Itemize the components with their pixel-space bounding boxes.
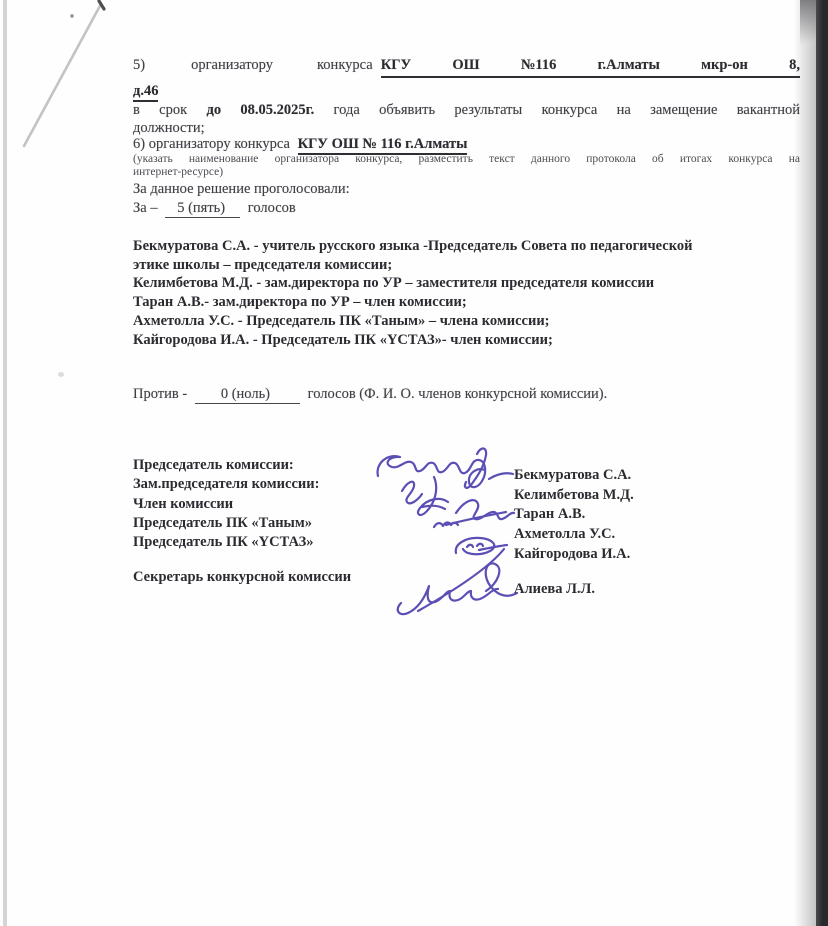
clause6-pre: 6) организатору конкурса [133, 136, 290, 152]
deadline-post: года объявить результаты конкурса на зам… [334, 102, 800, 118]
name-line: Кайгородова И.А. [514, 545, 634, 565]
role-line: Член комиссии [133, 495, 319, 514]
scan-right-shadow [794, 0, 816, 926]
vote-against-pre: Против - [133, 386, 187, 402]
role-line: Председатель ПК «ҮСТАЗ» [133, 533, 319, 552]
venue-word: 8, [789, 57, 800, 75]
name-line: Таран А.В. [514, 505, 634, 525]
name-line: Бекмуратова С.А. [514, 466, 634, 486]
member-line: Ахметолла У.С. - Председатель ПК «Таным»… [133, 312, 808, 331]
clause5-venue-tail-line: д.46 [133, 83, 158, 101]
clause5-word1: организатору [191, 57, 273, 75]
venue-word: №116 [521, 57, 557, 75]
role-line: Председатель ПК «Таным» [133, 514, 319, 533]
vote-against-post: голосов (Ф. И. О. членов конкурсной коми… [308, 386, 608, 402]
vote-for-post: голосов [248, 200, 296, 216]
signature-names-column: Бекмуратова С.А. Келимбетова М.Д. Таран … [514, 466, 634, 565]
name-secretary: Алиева Л.Л. [514, 581, 595, 598]
scan-corner-shadow [800, 0, 816, 60]
deadline-pre: в срок [133, 102, 187, 118]
pencil-crease-line [0, 0, 130, 165]
vote-for-line: За – 5 (пять) голосов [133, 200, 296, 218]
deadline-line: в срок до 08.05.2025г. года объявить рез… [133, 102, 800, 120]
role-line: Председатель комиссии: [133, 456, 319, 475]
role-line: Зам.председателя комиссии: [133, 475, 319, 494]
scan-speck [58, 372, 64, 377]
venue-word: г.Алматы [598, 57, 660, 75]
signature-kaygorodova [456, 538, 507, 554]
vote-for-pre: За – [133, 200, 158, 216]
clause5-word2: конкурса [317, 57, 373, 75]
role-secretary: Секретарь конкурсной комиссии [133, 569, 351, 586]
signature-roles-column: Председатель комиссии: Зам.председателя … [133, 456, 319, 552]
member-line: Келимбетова М.Д. - зам.директора по УР –… [133, 274, 808, 293]
scan-right-dark-strip [816, 0, 828, 926]
vote-for-value: 5 (пять) [165, 200, 240, 218]
venue-tail: д.46 [133, 83, 158, 102]
vote-intro: За данное решение проголосовали: [133, 181, 350, 199]
clause6-note-line2: интернет-ресурсе) [133, 166, 223, 178]
deadline-date: до 08.05.2025г. [206, 102, 314, 118]
ink-signatures [338, 428, 524, 620]
clause6-line: 6) организатору конкурса КГУ ОШ № 116 г.… [133, 136, 467, 154]
scanned-protocol-page: 5) организатору конкурса КГУ ОШ №116 г.А… [0, 0, 828, 926]
name-line: Ахметолла У.С. [514, 525, 634, 545]
venue-word: ОШ [452, 57, 479, 75]
clause5-marker: 5) [133, 57, 145, 75]
venue-word: мкр-он [701, 57, 748, 75]
signature-aliyeva [398, 549, 517, 614]
clause5-venue-underlined: КГУ ОШ №116 г.Алматы мкр-он 8, [381, 57, 800, 78]
clause5-line: 5) организатору конкурса КГУ ОШ №116 г.А… [133, 57, 800, 78]
signature-kelimbetova [402, 477, 448, 515]
vote-against-value: 0 (ноль) [195, 386, 300, 404]
member-line: Таран А.В.- зам.директора по УР – член к… [133, 293, 808, 312]
clause6-note-line1: (указать наименование организатора конку… [133, 153, 800, 166]
member-line: Кайгородова И.А. - Председатель ПК «ҮСТА… [133, 331, 808, 350]
commission-members-list: Бекмуратова С.А. - учитель русского язык… [133, 237, 808, 349]
signature-taran [434, 500, 514, 527]
name-line: Келимбетова М.Д. [514, 486, 634, 506]
vote-against-line: Против - 0 (ноль) голосов (Ф. И. О. член… [133, 386, 607, 404]
venue-word: КГУ [381, 57, 411, 75]
deadline-tail: должности; [133, 120, 205, 138]
signature-bekmuratova [378, 448, 513, 487]
member-line: этике школы – председателя комиссии; [133, 256, 808, 275]
member-line: Бекмуратова С.А. - учитель русского язык… [133, 237, 808, 256]
